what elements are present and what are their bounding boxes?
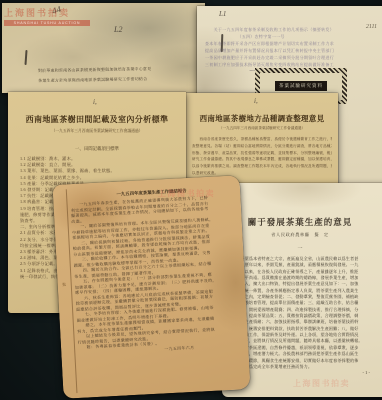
document-top-left-aged-sheet: 44 L2 對於華東和雲南各山區茶樹更新復墾與加強培育茶葉中心意見茶葉生產方針均… (2, 3, 205, 93)
stamp-text: 茶葉試驗研究資料 (275, 81, 327, 91)
typed-note-lines: 對於華東和雲南各山區茶樹更新復墾與加強培育茶葉中心意見茶葉生產方針均須與西南地區… (38, 64, 158, 86)
page-number: - 1 - (363, 370, 371, 375)
text-line: 以爲今後繁育推廣之用。調查整理工作限於本年內完成，各地執行情況及所遇問題，望隨時… (192, 163, 332, 170)
text-line: 提高品质增加产量并将布置情况具报本厅以凭汇核转报中央主管部门 (205, 47, 381, 54)
text-line: 一茶园中耕施肥应于开采前赶办完竣二采摘须分批分期留叶合理进行 (205, 54, 381, 61)
document-title: 關于發展茶葉生產的意見 (222, 216, 378, 228)
document-subtitle: （一九五四年三月西南區茶葉試驗研究工作會議通過） (8, 129, 186, 134)
text-line: 关于一九五四年度春茶采制及收购工作的几项指示（摘要转发） (205, 26, 381, 33)
lot-mark-handwriting: L1 (219, 10, 226, 18)
document-subtitle: （一九五四年三月西南區茶葉試驗研究工作會議通過） (186, 126, 338, 131)
lot-mark-handwriting: i, (254, 97, 258, 105)
text-line: 查整理意見。各場（站）應即結合當地實際情況，分區分期進行調查，將各地方品種之植株… (192, 143, 332, 150)
lot-mark-handwriting: L2 (114, 25, 122, 34)
document-subtitle: 省人民政府農林廳 擬 定 (222, 232, 378, 238)
text-line: 研究執行，並將執行情況及所遇問題，隨時具報本廳，以憑彙核轉報。 (232, 338, 382, 344)
text-line: 研究工作會議彙總。對其中表現優良之單株或羣體，應即劃定留種園，加以保護培育，嚴禁… (192, 156, 332, 163)
lot-mark-handwriting: i, (93, 98, 97, 106)
faint-typed-lines: 关于一九五四年度春茶采制及收购工作的几项指示（摘要转发） （五四）农特字第一一号… (205, 26, 381, 68)
section-heading: 一、田間記載項目標準 (8, 146, 186, 152)
body-text-lines: 一九五四年春茶生產，在各級黨政正確領導與廣大茶農努力下，已勝利完成預定計劃。全區… (70, 194, 241, 356)
text-line: 查本年春茶即将开采各产区应即根据增产计划切实布置采制工作力求 (205, 40, 381, 47)
pen-stroke (24, 50, 27, 65)
text-line: 形態、發芽遲早、產量品質、抗性強弱等逐項記載，並採集標本，分別整理編號，報送西南… (192, 150, 332, 157)
body-text-lines: 茶葉爲本省特產之大宗，產區遍及全省，山區農民賴以爲生者甚衆。惟歷年以來，茶園荒蕪… (232, 256, 382, 370)
section-mark: 一 (222, 245, 378, 252)
margin-annotation: 批 (63, 282, 68, 287)
auction-photo-of-documents: 44 L2 對於華東和雲南各山區茶樹更新復墾與加強培育茶葉中心意見茶葉生產方針均… (0, 0, 382, 400)
text-line: 茶葉生產方針均須與西南地區茶葉試驗場研究工作密切結合 (38, 74, 158, 86)
text-line: 西南各省產茶歷史悠久，茶樹品種極爲豐富，爲便於今後選種繁育工作之進行，特提出地方… (192, 136, 332, 143)
document-title: 西南地區茶樹地方品種調查整理意見 (186, 113, 338, 124)
handwritten-number: 44 (51, 4, 63, 16)
document-middle-right-variety-survey: i, 西南地區茶樹地方品種調查整理意見 （一九五四年三月西南區茶葉試驗研究工作會… (186, 93, 338, 188)
text-line: 置工作，爲完成全年茶葉增產任務而努力。 (232, 364, 382, 370)
body-text-lines: 西南各省產茶歷史悠久，茶樹品種極爲豐富，爲便於今後選種繁育工作之進行，特提出地方… (192, 136, 332, 177)
document-bottom-center-summary-report: 批 一九五四年度茶葉生產工作總結報告 一九五四年春茶生產，在各級黨政正確領導與廣… (53, 175, 251, 398)
text-line: （五四）农特字第一一号 (205, 33, 381, 40)
document-title: 西南地區茶樹田間記載及室內分析標準 (8, 114, 186, 125)
